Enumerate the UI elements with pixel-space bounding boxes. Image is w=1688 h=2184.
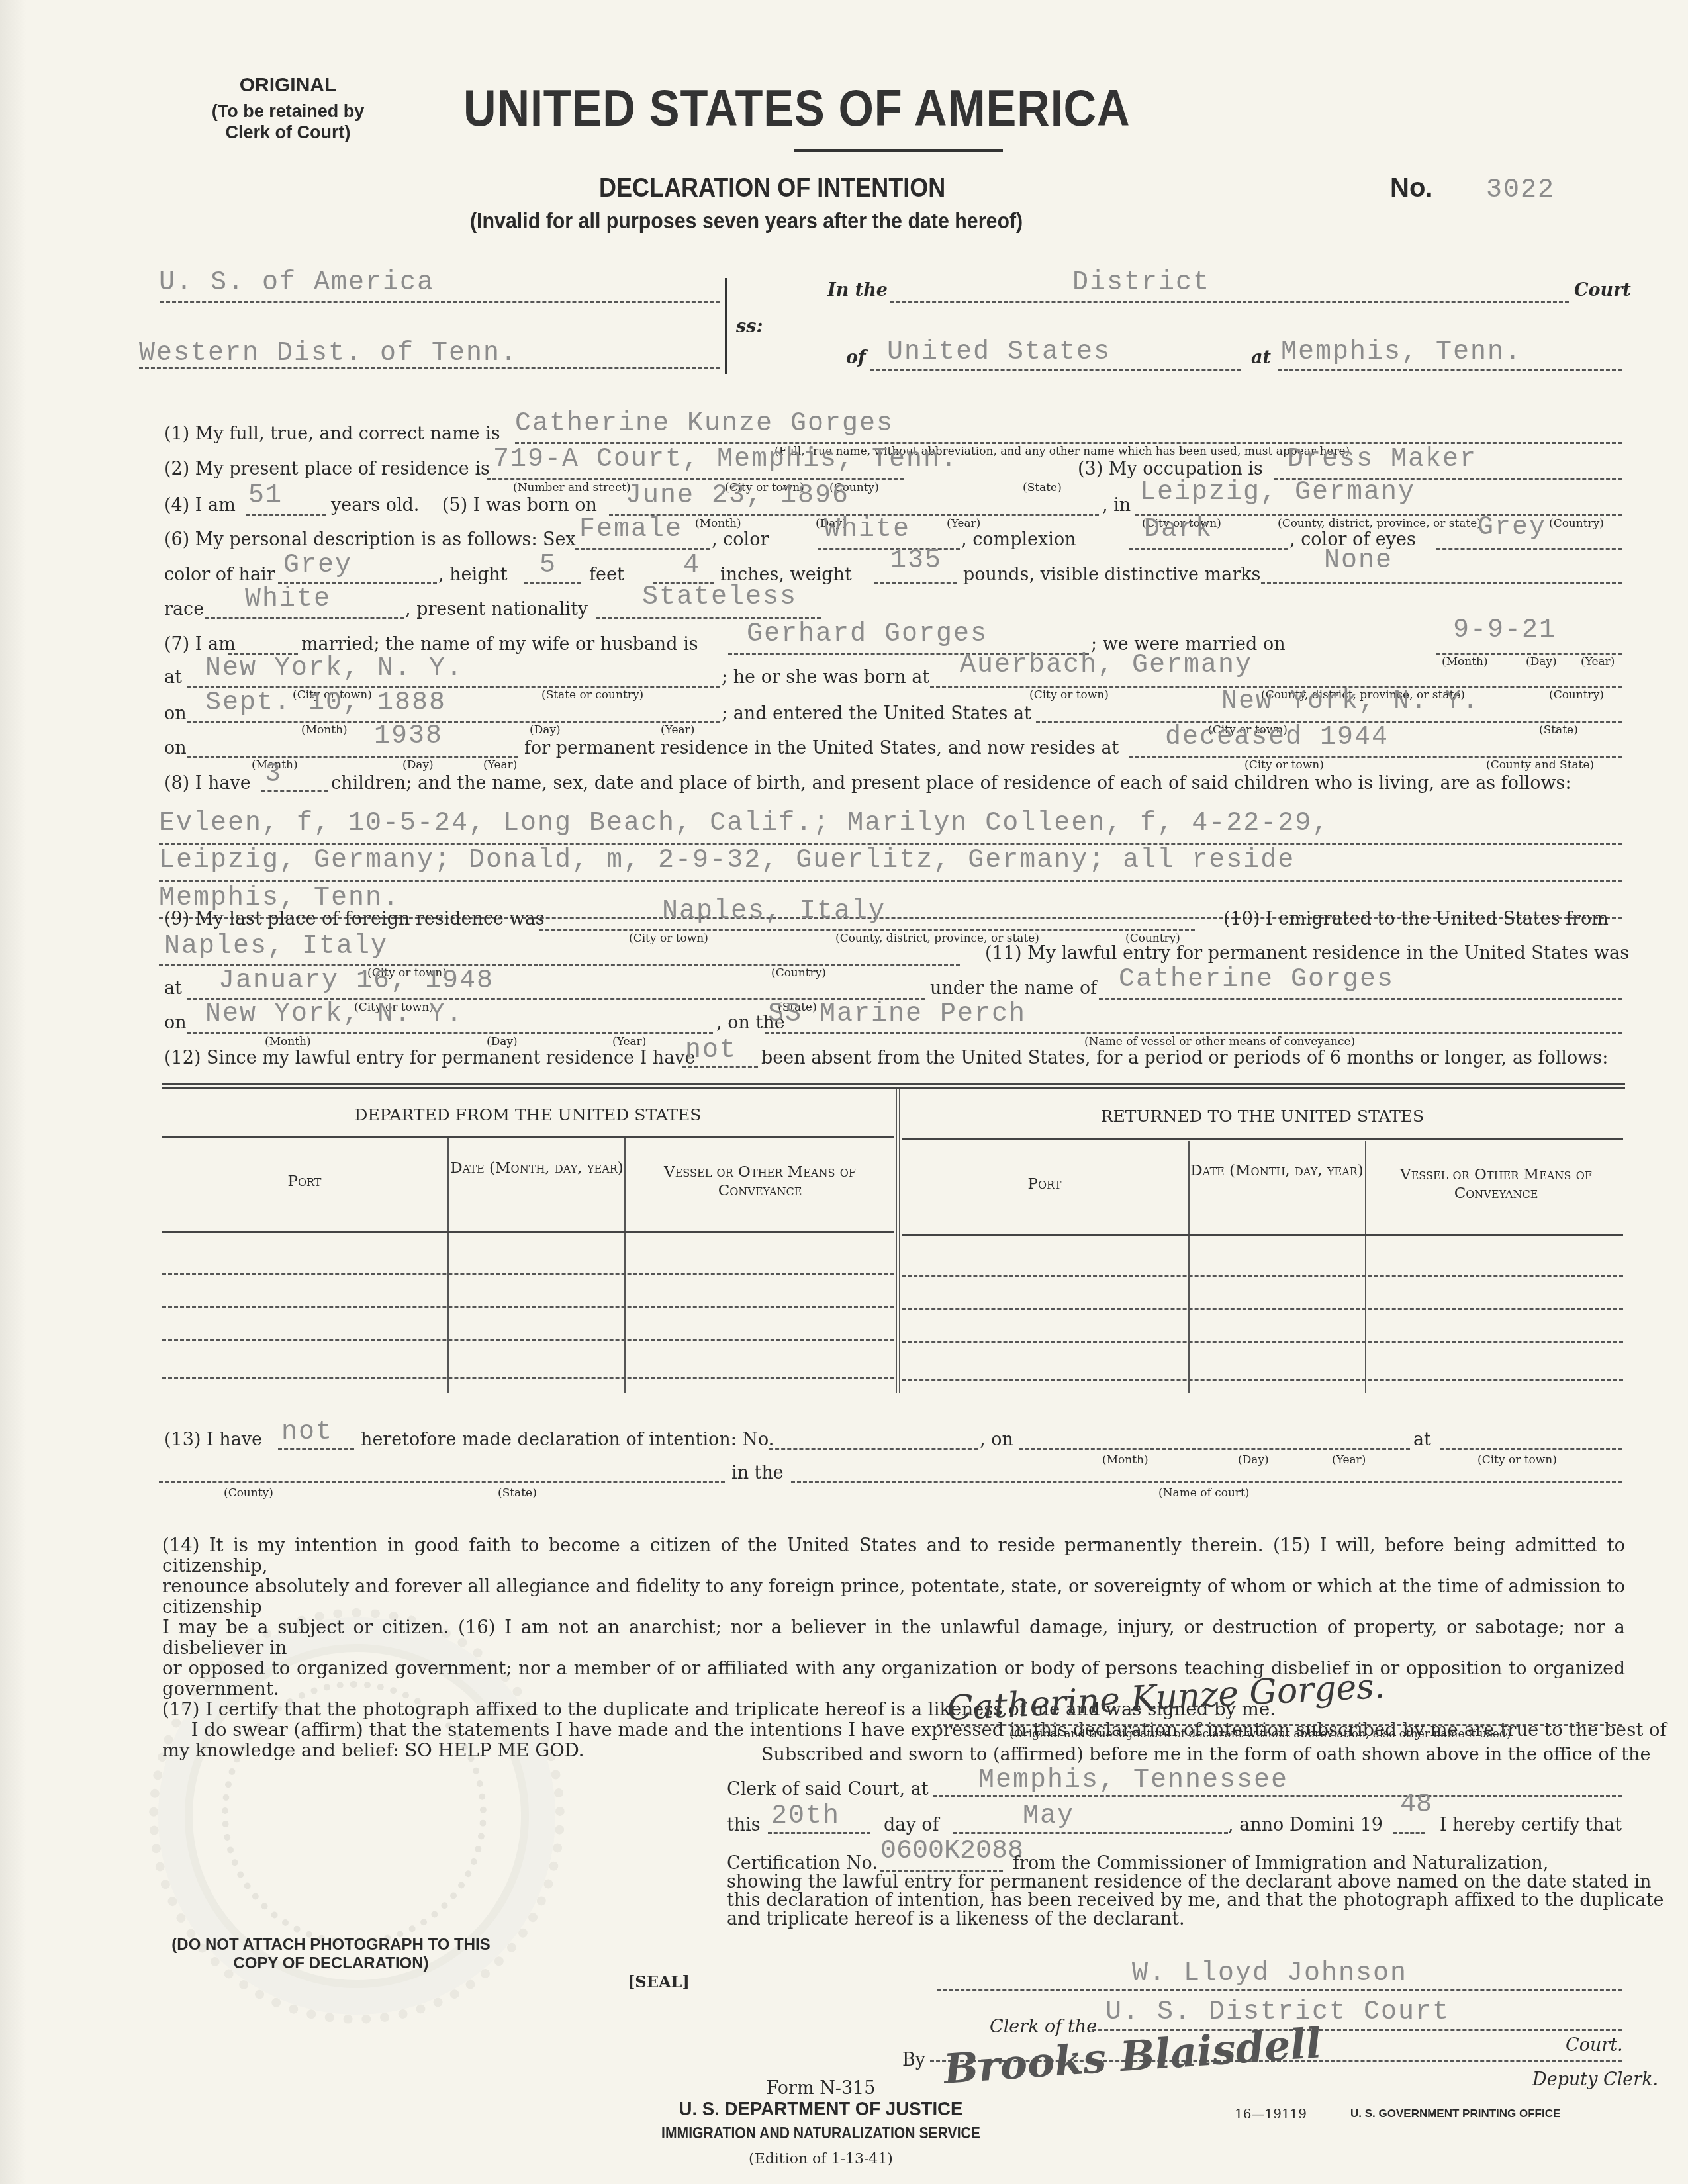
oath-line: (17) I certify that the photograph affix… <box>162 1700 1625 1720</box>
clerk-of-label: Clerk of the <box>990 2017 1097 2037</box>
marriage-place-line <box>187 686 720 688</box>
prior-date-field[interactable] <box>1019 1448 1410 1450</box>
court-location-value: Memphis, Tenn. <box>1281 338 1522 367</box>
oath-line: (14) It is my intention in good faith to… <box>162 1535 1625 1576</box>
height-feet-line <box>524 582 581 584</box>
col-divider <box>1188 1141 1190 1393</box>
dep-date-header: Date (Month, day, year) <box>450 1160 624 1178</box>
court-of-value: United States <box>887 338 1111 367</box>
prior-county-state-field[interactable] <box>159 1481 725 1483</box>
race-line <box>205 617 404 619</box>
entry-on-line <box>187 1032 713 1034</box>
race-value[interactable]: White <box>245 584 331 614</box>
nationality-value[interactable]: Stateless <box>642 582 797 612</box>
birth-place-value[interactable]: Leipzig, Germany <box>1140 478 1415 508</box>
venue-district-value: Western Dist. of Tenn. <box>139 339 518 369</box>
deputy-clerk-label: Deputy Clerk. <box>1532 2070 1658 2090</box>
retained-note-line-2: Clerk of Court) <box>149 122 427 143</box>
caption-year: (Year) <box>947 517 980 530</box>
caption-month: (Month) <box>695 517 741 530</box>
weight-line <box>874 582 957 584</box>
caption-city: (City or town) <box>1029 688 1109 702</box>
q13-label: (13) I have <box>164 1430 262 1450</box>
anno-domini-label: , anno Domini 19 <box>1228 1815 1383 1835</box>
emigrated-from-value[interactable]: Naples, Italy <box>164 932 388 962</box>
cert-text-line: showing the lawful entry for permanent r… <box>727 1872 1652 1892</box>
complexion-value[interactable]: Dark <box>1144 515 1213 545</box>
last-foreign-residence-value[interactable]: Naples, Italy <box>662 897 886 927</box>
oath-line: or opposed to organized government; nor … <box>162 1659 1625 1700</box>
court-label: Court <box>1574 280 1631 300</box>
color-label: , color <box>712 529 769 550</box>
caption-year: (Year) <box>612 1035 646 1048</box>
retained-note: (To be retained by Clerk of Court) <box>149 101 427 143</box>
certification-number-value[interactable]: 0600K2088 <box>880 1837 1023 1866</box>
q8-label-b: children; and the name, sex, date and pl… <box>331 773 1571 794</box>
caption-county: (County, district, province, or state) <box>1278 517 1481 530</box>
prior-court-field[interactable] <box>791 1481 1622 1483</box>
caption-year: (Year) <box>661 723 694 737</box>
venue-state-value: U. S. of America <box>159 268 434 298</box>
venue-brace <box>725 278 727 374</box>
returned-header-rule <box>902 1138 1623 1140</box>
caption-city: (City or town) <box>1244 758 1324 772</box>
entry-on-label: on <box>164 1013 187 1033</box>
returned-header: RETURNED TO THE UNITED STATES <box>902 1107 1623 1126</box>
cert-text-line: this declaration of intention, has been … <box>727 1890 1664 1911</box>
children-count-line <box>261 790 328 792</box>
now-resides-label: for permanent residence in the United St… <box>524 738 1119 758</box>
of-label: of <box>846 347 866 368</box>
birth-date-value[interactable]: June 23, 1896 <box>626 481 849 511</box>
entry-at-label: at <box>164 978 182 999</box>
entry-name-line <box>1099 998 1622 1000</box>
deputy-signature-line <box>930 2060 1622 2062</box>
at-label: at <box>1251 347 1271 368</box>
marriage-date-line <box>1436 653 1622 655</box>
age-value[interactable]: 51 <box>248 481 283 511</box>
clerk-at-label: Clerk of said Court, at <box>727 1779 929 1799</box>
oath-line: I may be a subject or citizen. (16) I am… <box>162 1617 1625 1659</box>
ss-label: ss: <box>736 316 763 337</box>
this-label: this <box>727 1815 761 1835</box>
caption-number-street: (Number and street) <box>513 481 631 494</box>
height-label: , height <box>438 565 508 585</box>
spouse-on-label: on <box>164 704 187 724</box>
caption-day: (Day) <box>402 758 434 772</box>
sex-line <box>575 548 710 550</box>
complexion-label: , complexion <box>961 529 1076 550</box>
photo-note-line-2: COPY OF DECLARATION) <box>159 1954 503 1973</box>
declarant-caption: (Original and true signature of declaran… <box>1009 1727 1511 1741</box>
last-foreign-residence-line <box>539 929 1195 931</box>
caption-day: (Day) <box>1238 1453 1269 1467</box>
prior-no-field[interactable] <box>769 1448 978 1450</box>
sworn-month-line <box>953 1832 1228 1834</box>
caption-country: (Country) <box>1549 688 1604 702</box>
cert-text-line: and triplicate hereof is a likeness of t… <box>727 1909 1185 1929</box>
occupation-value[interactable]: Dress Maker <box>1288 445 1477 475</box>
spouse-residence-value[interactable]: deceased 1944 <box>1165 723 1389 752</box>
caption-year: (Year) <box>1332 1453 1366 1467</box>
table-top-rule-2 <box>162 1087 1625 1089</box>
table-row[interactable] <box>162 1306 894 1308</box>
cert-text-line: from the Commissioner of Immigration and… <box>1013 1853 1548 1874</box>
oath-line: renounce absolutely and forever all alle… <box>162 1576 1625 1617</box>
residence-value[interactable]: 719-A Court, Memphis, Tenn. <box>493 445 958 475</box>
caption-country: (Country) <box>1549 517 1604 530</box>
ret-vessel-header: Vessel or Other Means of Conveyance <box>1367 1166 1625 1203</box>
paper-edge <box>0 0 26 2184</box>
spouse-born-label: ; he or she was born at <box>722 667 929 688</box>
children-rule-1 <box>159 843 1622 845</box>
caption-month: (Month) <box>265 1035 311 1048</box>
departed-header-rule <box>162 1136 894 1138</box>
nationality-label: , present nationality <box>405 599 588 619</box>
original-label: ORIGINAL <box>162 74 414 97</box>
department-name: U. S. DEPARTMENT OF JUSTICE <box>626 2098 1016 2120</box>
sworn-location-line <box>933 1795 1622 1797</box>
service-name: IMMIGRATION AND NATURALIZATION SERVICE <box>602 2124 1040 2142</box>
q12-label: (12) Since my lawful entry for permanent… <box>164 1048 696 1068</box>
edition-note: (Edition of 1-13-41) <box>655 2151 986 2167</box>
form-number: Form N-315 <box>655 2078 986 2099</box>
caption-court: (Name of court) <box>1158 1486 1249 1500</box>
spouse-residence-line <box>1129 756 1622 758</box>
children-count-value[interactable]: 3 <box>265 760 282 790</box>
court-type-value: District <box>1072 268 1210 298</box>
caption-city: (City or town) <box>629 932 708 945</box>
day-of-label: day of <box>884 1815 939 1835</box>
subscribed-text: Subscribed and sworn to (affirmed) befor… <box>761 1745 1650 1765</box>
sex-value[interactable]: Female <box>579 515 682 545</box>
entered-label: ; and entered the United States at <box>722 704 1031 724</box>
table-row[interactable] <box>902 1275 1623 1277</box>
prior-city-field[interactable] <box>1440 1448 1622 1450</box>
by-label: By <box>902 2050 925 2070</box>
age-line <box>246 514 326 516</box>
spouse-birthplace-value[interactable]: Auerbach, Germany <box>960 651 1252 680</box>
table-row[interactable] <box>162 1377 894 1379</box>
sworn-year-value[interactable]: 48 <box>1400 1790 1432 1820</box>
color-value[interactable]: White <box>824 515 910 545</box>
table-row[interactable] <box>902 1308 1623 1310</box>
prior-in-the-label: in the <box>731 1463 784 1483</box>
table-center-divider-2 <box>899 1089 900 1393</box>
hair-color-value[interactable]: Grey <box>283 551 352 580</box>
column-header-rule <box>162 1231 894 1233</box>
court-of-line <box>870 369 1241 371</box>
children-line-2[interactable]: Leipzig, Germany; Donald, m, 2-9-32, Gue… <box>159 846 1295 876</box>
number-label: No. <box>1390 173 1432 203</box>
col-divider <box>1365 1141 1366 1393</box>
vessel-line <box>765 1032 1622 1034</box>
sworn-day-line <box>768 1832 870 1834</box>
spouse-entry-place-value[interactable]: New York, N. Y. <box>1221 687 1479 717</box>
caption-city: (City or town) <box>1477 1453 1557 1467</box>
in-label: , in <box>1102 495 1131 516</box>
vessel-caption: (Name of vessel or other means of convey… <box>1084 1035 1355 1048</box>
q5-label: (5) I was born on <box>442 495 597 516</box>
feet-label: feet <box>589 565 624 585</box>
q7-label-b: married; the name of my wife or husband … <box>301 634 698 655</box>
photo-note-line-1: (DO NOT ATTACH PHOTOGRAPH TO THIS <box>159 1936 503 1954</box>
ret-port-header: Port <box>902 1175 1188 1194</box>
court-type-line <box>890 301 1569 303</box>
form-subtitle: DECLARATION OF INTENTION <box>599 173 945 203</box>
race-label: race <box>164 599 204 619</box>
caption-month: (Month) <box>301 723 348 737</box>
height-feet-value[interactable]: 5 <box>539 551 557 580</box>
children-line-1[interactable]: Evleen, f, 10-5-24, Long Beach, Calif.; … <box>159 809 1329 839</box>
caption-month: (Month) <box>1102 1453 1149 1467</box>
certify-label: I hereby certify that <box>1440 1815 1622 1835</box>
caption-state: (State) <box>498 1486 537 1500</box>
title-rule <box>794 149 1003 152</box>
marks-line <box>1261 582 1622 584</box>
departed-header: DEPARTED FROM THE UNITED STATES <box>162 1105 894 1125</box>
spouse-entry-date-value[interactable]: 1938 <box>374 721 443 751</box>
in-the-label: In the <box>827 280 888 300</box>
years-old-label: years old. <box>331 495 419 516</box>
spouse-birthdate-value[interactable]: Sept. 10, 1888 <box>205 688 446 718</box>
dep-vessel-header: Vessel or Other Means of Conveyance <box>628 1163 892 1200</box>
height-inches-value[interactable]: 4 <box>683 551 700 580</box>
q6-label: (6) My personal description is as follow… <box>164 529 576 550</box>
spouse-entry-on-label: on <box>164 738 187 758</box>
sworn-location-value[interactable]: Memphis, Tennessee <box>978 1766 1288 1796</box>
venue-state-line <box>160 301 720 303</box>
page-title: UNITED STATES OF AMERICA <box>463 78 1130 138</box>
q12-label-b: been absent from the United States, for … <box>761 1048 1608 1068</box>
retained-note-line-1: (To be retained by <box>149 101 427 122</box>
eye-color-value[interactable]: Grey <box>1477 513 1546 543</box>
sworn-day-value[interactable]: 20th <box>771 1801 840 1831</box>
marriage-date-value[interactable]: 9-9-21 <box>1453 615 1556 645</box>
entry-at-value[interactable]: January 16, 1948 <box>218 966 494 996</box>
spouse-birthdate-line <box>187 721 720 723</box>
prior-declaration-line <box>278 1448 354 1450</box>
q8-label: (8) I have <box>164 773 251 794</box>
q3-label: (3) My occupation is <box>1078 459 1263 479</box>
vessel-value[interactable]: SS Marine Perch <box>768 999 1026 1029</box>
col-divider <box>624 1138 626 1393</box>
q1-label: (1) My full, true, and correct name is <box>164 424 500 444</box>
weight-value[interactable]: 135 <box>890 546 942 576</box>
spouse-entry-date-line <box>187 756 518 758</box>
court-location-line <box>1278 369 1622 371</box>
caption-year: (Year) <box>483 758 517 772</box>
caption-year: (Year) <box>1581 655 1615 668</box>
col-divider <box>447 1138 449 1393</box>
sworn-month-value[interactable]: May <box>1023 1801 1074 1831</box>
q11-label: (11) My lawful entry for permanent resid… <box>985 943 1629 964</box>
caption-state: (State) <box>1023 481 1062 494</box>
complexion-line <box>1129 548 1288 550</box>
eye-color-line <box>1436 548 1622 550</box>
ret-date-header: Date (Month, day, year) <box>1190 1162 1364 1181</box>
absence-line <box>682 1066 758 1068</box>
full-name-value[interactable]: Catherine Kunze Gorges <box>515 409 894 439</box>
q4-label: (4) I am <box>164 495 236 516</box>
table-top-rule-1 <box>162 1083 1625 1085</box>
table-center-divider <box>896 1089 897 1393</box>
printer-name: U. S. GOVERNMENT PRINTING OFFICE <box>1350 2107 1560 2120</box>
marriage-place-value[interactable]: New York, N. Y. <box>205 654 463 684</box>
married-at-label: at <box>164 667 182 688</box>
pounds-label: pounds, visible distinctive marks <box>963 565 1260 585</box>
venue-district-line <box>139 367 720 369</box>
prior-on-label: , on <box>980 1430 1013 1450</box>
full-name-line <box>515 442 1622 444</box>
court-suffix: Court. <box>1566 2035 1623 2056</box>
table-row[interactable] <box>902 1379 1623 1381</box>
under-name-label: under the name of <box>930 978 1097 999</box>
column-header-rule <box>902 1234 1623 1236</box>
residence-line <box>487 478 904 480</box>
seal-label: [SEAL] <box>628 1972 690 1991</box>
caption-state: (State) <box>1539 723 1578 737</box>
table-row[interactable] <box>162 1339 894 1341</box>
caption-state-country: (State or country) <box>541 688 643 702</box>
caption-day: (Day) <box>1526 655 1557 668</box>
sworn-year-line <box>1393 1832 1425 1834</box>
caption-day: (Day) <box>487 1035 518 1048</box>
prior-at-label: at <box>1413 1430 1431 1450</box>
cert-no-label: Certification No. <box>727 1853 878 1874</box>
entry-on-value[interactable]: New York, N. Y. <box>205 999 463 1029</box>
caption-month: (Month) <box>1442 655 1488 668</box>
clerk-name-value: W. Lloyd Johnson <box>1132 1959 1407 1989</box>
caption-county-state: (County and State) <box>1486 758 1594 772</box>
spouse-name-value[interactable]: Gerhard Gorges <box>747 619 988 649</box>
entry-name-value[interactable]: Catherine Gorges <box>1119 965 1394 995</box>
declarant-signature-line <box>937 1724 1622 1726</box>
dep-port-header: Port <box>162 1173 447 1191</box>
q2-label: (2) My present place of residence is <box>164 459 490 479</box>
clerk-name-line <box>937 1989 1622 1991</box>
q9-label: (9) My last place of foreign residence w… <box>164 909 545 929</box>
prior-declaration-value[interactable]: not <box>281 1418 333 1447</box>
caption-country: (Country) <box>771 966 826 979</box>
q10-label: (10) I emigrated to the United States fr… <box>1223 909 1609 929</box>
print-code: 16—19119 <box>1235 2106 1307 2122</box>
absence-value[interactable]: not <box>685 1036 737 1066</box>
children-rule-2 <box>159 880 1622 882</box>
caption-day: (Day) <box>530 723 561 737</box>
q13-label-b: heretofore made declaration of intention… <box>361 1430 774 1450</box>
q7-label: (7) I am <box>164 634 236 655</box>
caption-county: (County) <box>224 1486 273 1500</box>
hair-label: color of hair <box>164 565 275 585</box>
validity-note: (Invalid for all purposes seven years af… <box>470 208 1023 234</box>
marks-value[interactable]: None <box>1324 546 1393 576</box>
table-row[interactable] <box>162 1273 894 1275</box>
declaration-number: 3022 <box>1486 175 1555 205</box>
table-row[interactable] <box>902 1341 1623 1343</box>
photo-note: (DO NOT ATTACH PHOTOGRAPH TO THIS COPY O… <box>159 1936 503 1973</box>
